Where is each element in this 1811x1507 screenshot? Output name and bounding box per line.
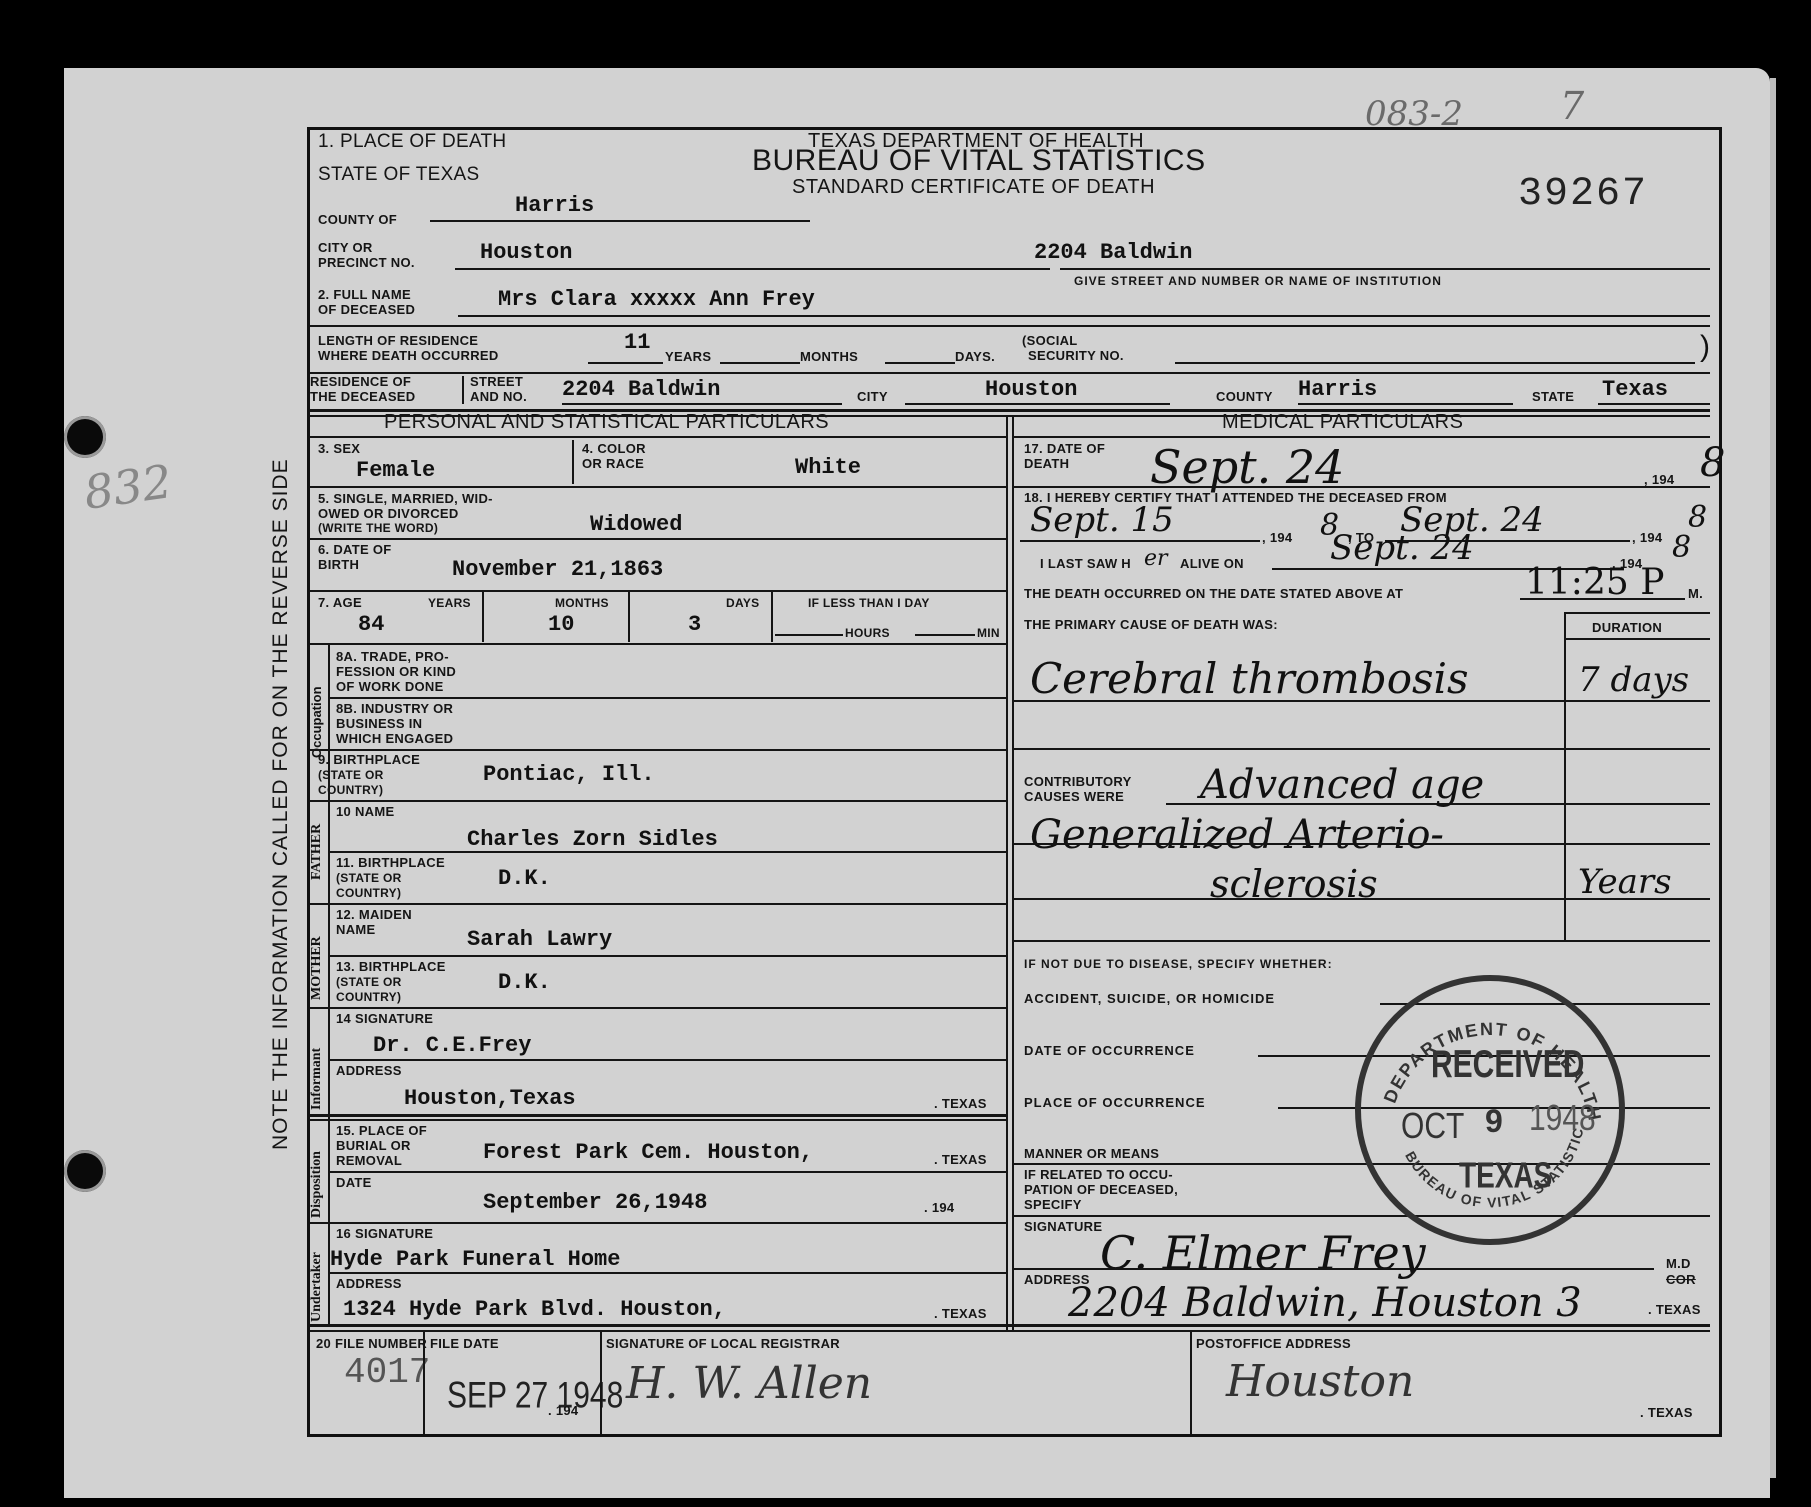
days-underline <box>885 362 955 364</box>
res-city-value: Houston <box>985 377 1077 402</box>
age-divider-1 <box>482 592 484 642</box>
street-label-1: STREET <box>470 374 523 389</box>
punch-hole-bottom <box>64 1150 106 1192</box>
row-divider-marital <box>310 538 1006 540</box>
birthplace-label-3: COUNTRY) <box>318 783 383 797</box>
city-value: Houston <box>480 240 572 265</box>
duration-head-divider <box>1564 638 1710 640</box>
min-underline <box>915 634 975 636</box>
sex-color-divider <box>572 440 574 484</box>
filing-divider <box>310 1324 1710 1327</box>
sex-value: Female <box>356 458 435 483</box>
dob-label-1: 6. DATE OF <box>318 542 392 557</box>
row-divider-trade <box>330 697 1006 699</box>
ssn-label-1: (SOCIAL <box>1022 333 1078 348</box>
medical-head-divider <box>1014 436 1710 438</box>
dod-year-prefix: , 194 <box>1644 472 1674 487</box>
received-stamp: DEPARTMENT OF HEALTH BUREAU OF VITAL STA… <box>1355 975 1625 1245</box>
res-city-label: CITY <box>857 389 888 404</box>
row-divider-birthplace <box>310 800 1006 802</box>
burial-label-3: REMOVAL <box>336 1153 402 1168</box>
postoffice-label: POSTOFFICE ADDRESS <box>1196 1336 1351 1351</box>
file-number-label: 20 FILE NUMBER <box>316 1336 427 1351</box>
attended-from-value: Sept. 15 <box>1030 500 1174 540</box>
dob-label-2: BIRTH <box>318 557 359 572</box>
undertaker-side-label: Undertaker <box>310 1252 324 1322</box>
age-hours-label: HOURS <box>845 626 890 640</box>
file-year-suffix: . 194 <box>548 1403 578 1418</box>
physician-texas: . TEXAS <box>1648 1302 1701 1317</box>
res-state-underline <box>1598 403 1710 405</box>
city-label-1: CITY OR <box>318 240 373 255</box>
father-bp-label-2: (STATE OR <box>336 871 402 885</box>
margin-note-page: 7 <box>1560 84 1584 128</box>
burial-label-2: BURIAL OR <box>336 1138 411 1153</box>
attended-from-underline <box>1020 540 1260 542</box>
months-underline <box>720 362 800 364</box>
time-label: THE DEATH OCCURRED ON THE DATE STATED AB… <box>1024 586 1403 601</box>
burial-date-label: DATE <box>336 1175 372 1190</box>
residence-length-label-1: LENGTH OF RESIDENCE <box>318 333 478 348</box>
physician-signature-label: SIGNATURE <box>1024 1219 1102 1234</box>
marital-value: Widowed <box>590 512 682 537</box>
duration-label: DURATION <box>1592 620 1662 635</box>
postoffice-texas: . TEXAS <box>1640 1405 1693 1420</box>
father-birthplace-value: D.K. <box>498 866 551 891</box>
mother-name-value: Sarah Lawry <box>467 927 612 952</box>
hours-underline <box>775 634 843 636</box>
industry-label-3: WHICH ENGAGED <box>336 731 453 746</box>
contributory-underline-2 <box>1014 843 1710 845</box>
age-label: 7. AGE <box>318 595 362 610</box>
marital-label-2: OWED OR DIVORCED <box>318 506 459 521</box>
birthplace-label-1: 9. BIRTHPLACE <box>318 752 420 767</box>
place-of-death-label: 1. PLACE OF DEATH <box>318 133 506 150</box>
file-number-value: 4017 <box>344 1352 430 1393</box>
county-value: Harris <box>515 193 594 218</box>
cause-section-bottom <box>1014 940 1710 942</box>
last-saw-label-1: I LAST SAW H <box>1040 556 1131 571</box>
res-city-underline <box>905 403 1170 405</box>
age-months-value: 10 <box>548 612 574 637</box>
age-days-value: 3 <box>688 612 701 637</box>
primary-cause-divider <box>1014 748 1710 750</box>
months-label: MONTHS <box>800 349 858 364</box>
father-name-label: 10 NAME <box>336 804 394 819</box>
accident-label: ACCIDENT, SUICIDE, OR HOMICIDE <box>1024 991 1275 1006</box>
undertaker-address-value: 1324 Hyde Park Blvd. Houston, <box>343 1297 726 1322</box>
city-underline <box>455 268 1050 270</box>
years-label: YEARS <box>665 349 711 364</box>
full-name-label-1: 2. FULL NAME <box>318 287 411 302</box>
undertaker-texas: . TEXAS <box>934 1306 987 1321</box>
md-label: M.D <box>1666 1256 1691 1271</box>
personal-head-divider <box>310 436 1006 438</box>
row-divider-mother <box>310 1007 1006 1009</box>
duration-top <box>1564 612 1710 614</box>
row-divider-sex <box>310 486 1006 488</box>
row-divider-informant <box>310 1114 1006 1117</box>
physician-signature-underline <box>1014 1268 1654 1270</box>
last-saw-label-2: ALIVE ON <box>1180 556 1244 571</box>
stamp-received: RECEIVED <box>1431 1043 1584 1087</box>
res-state-value: Texas <box>1602 377 1668 402</box>
ssn-underline <box>1175 362 1695 364</box>
primary-cause-label: THE PRIMARY CAUSE OF DEATH WAS: <box>1024 617 1278 632</box>
primary-cause-value: Cerebral thrombosis <box>1030 654 1469 703</box>
marital-label-1: 5. SINGLE, MARRIED, WID- <box>318 491 493 506</box>
physician-address-value: 2204 Baldwin, Houston 3 <box>1068 1280 1582 1326</box>
informant-texas: . TEXAS <box>934 1096 987 1111</box>
informant-value: Dr. C.E.Frey <box>373 1033 531 1058</box>
residence-brace <box>462 376 464 404</box>
undertaker-addr-label: ADDRESS <box>336 1276 402 1291</box>
residence-label-2: THE DECEASED <box>310 389 415 404</box>
center-divider <box>1006 415 1008 1332</box>
res-county-underline <box>1298 403 1513 405</box>
informant-sig-label: 14 SIGNATURE <box>336 1011 433 1026</box>
full-name-value: Mrs Clara xxxxx Ann Frey <box>498 287 815 312</box>
last-saw-value: Sept. 24 <box>1330 528 1474 568</box>
father-name-value: Charles Zorn Sidles <box>467 827 718 852</box>
registrar-label: SIGNATURE OF LOCAL REGISTRAR <box>606 1336 840 1351</box>
row-divider-industry <box>310 749 1006 751</box>
res-street-value: 2204 Baldwin <box>562 377 720 402</box>
color-label-2: OR RACE <box>582 456 644 471</box>
not-disease-label: IF NOT DUE TO DISEASE, SPECIFY WHETHER: <box>1024 957 1333 971</box>
row-divider-informant-sig <box>330 1059 1006 1061</box>
color-value: White <box>795 455 861 480</box>
row-divider-disposition <box>310 1222 1006 1224</box>
residence-length-label-2: WHERE DEATH OCCURRED <box>318 348 499 363</box>
stamp-state: TEXAS <box>1459 1155 1552 1197</box>
row-divider-informant-2 <box>310 1119 1006 1121</box>
stamp-year: 1948 <box>1529 1099 1596 1140</box>
sex-label: 3. SEX <box>318 441 360 456</box>
row-divider-father-name <box>330 851 1006 853</box>
disposition-side-label: Disposition <box>310 1151 324 1218</box>
contributory-1-value: Advanced age <box>1200 762 1484 808</box>
row-divider-age <box>310 643 1006 645</box>
father-bp-label-3: COUNTRY) <box>336 886 401 900</box>
time-suffix: M. <box>1688 586 1703 601</box>
occ-related-label-1: IF RELATED TO OCCU- <box>1024 1167 1173 1182</box>
age-years-label: YEARS <box>428 596 471 610</box>
contributory-2-value: Generalized Arterio- <box>1030 812 1444 858</box>
state-label: STATE OF TEXAS <box>318 166 480 183</box>
contributory-underline-3 <box>1014 898 1710 900</box>
row-divider-dod <box>1014 486 1710 488</box>
color-label-1: 4. COLOR <box>582 441 646 456</box>
age-days-label: DAYS <box>726 596 759 610</box>
residence-years-underline <box>588 362 663 364</box>
street-underline <box>1060 268 1710 270</box>
burial-label-1: 15. PLACE OF <box>336 1123 427 1138</box>
res-state-label: STATE <box>1532 389 1574 404</box>
trade-label-2: FESSION OR KIND <box>336 664 456 679</box>
last-saw-year: 8 <box>1672 530 1691 565</box>
contributory-duration-value: Years <box>1578 862 1672 902</box>
industry-label-1: 8B. INDUSTRY OR <box>336 701 453 716</box>
filing-divider-2 <box>310 1330 1710 1332</box>
postoffice-value: Houston <box>1226 1356 1414 1407</box>
father-bp-label-1: 11. BIRTHPLACE <box>336 855 445 870</box>
file-date-label: FILE DATE <box>430 1336 499 1351</box>
mother-bp-label-2: (STATE OR <box>336 975 402 989</box>
mother-bp-label-1: 13. BIRTHPLACE <box>336 959 446 974</box>
last-saw-pronoun: er <box>1144 546 1168 571</box>
dob-value: November 21,1863 <box>452 557 663 582</box>
attended-from-year-prefix: , 194 <box>1262 530 1292 545</box>
bureau-title: BUREAU OF VITAL STATISTICS <box>752 152 1206 169</box>
row-divider-mother-name <box>330 955 1006 957</box>
ssn-label-2: SECURITY NO. <box>1028 348 1124 363</box>
mother-birthplace-value: D.K. <box>498 970 551 995</box>
age-divider-3 <box>771 592 773 642</box>
city-label-2: PRECINCT NO. <box>318 255 415 270</box>
row-divider-undertaker-sig <box>330 1272 1006 1274</box>
age-years-value: 84 <box>358 612 384 637</box>
trade-label-1: 8A. TRADE, PRO- <box>336 649 449 664</box>
time-value: 11:25 P <box>1525 562 1664 603</box>
occ-related-label-2: PATION OF DECEASED, <box>1024 1182 1178 1197</box>
street-value: 2204 Baldwin <box>1034 240 1192 265</box>
mother-bp-label-3: COUNTRY) <box>336 990 401 1004</box>
industry-label-2: BUSINESS IN <box>336 716 422 731</box>
medical-section-title: MEDICAL PARTICULARS <box>1222 414 1463 431</box>
full-name-underline <box>458 315 1710 317</box>
res-street-underline <box>562 403 842 405</box>
stamp-month: OCT <box>1401 1107 1464 1148</box>
stamp-day: 9 <box>1485 1103 1503 1140</box>
form-title: STANDARD CERTIFICATE OF DEATH <box>792 179 1155 196</box>
occ-related-label-3: SPECIFY <box>1024 1197 1082 1212</box>
trade-label-3: OF WORK DONE <box>336 679 444 694</box>
father-side-label: FATHER <box>310 824 324 880</box>
res-county-value: Harris <box>1298 377 1377 402</box>
dod-label-2: DEATH <box>1024 456 1069 471</box>
row-divider-name <box>310 325 1710 327</box>
birthplace-value: Pontiac, Ill. <box>483 762 655 787</box>
punch-hole-top <box>64 416 106 458</box>
burial-place-value: Forest Park Cem. Houston, <box>483 1140 813 1165</box>
registrar-signature-value: H. W. Allen <box>626 1358 872 1409</box>
primary-cause-underline <box>1014 700 1710 702</box>
occupation-side-label: Occupation <box>310 686 324 758</box>
burial-texas: . TEXAS <box>934 1152 987 1167</box>
mother-side-label: MOTHER <box>310 936 324 1000</box>
dod-label-1: 17. DATE OF <box>1024 441 1105 456</box>
date-occurrence-label: DATE OF OCCURRENCE <box>1024 1043 1195 1058</box>
contributory-label-1: CONTRIBUTORY <box>1024 774 1132 789</box>
residence-years-value: 11 <box>624 330 650 355</box>
place-occurrence-label: PLACE OF OCCURRENCE <box>1024 1095 1206 1110</box>
undertaker-value: Hyde Park Funeral Home <box>330 1247 620 1272</box>
ssn-close-paren: ) <box>1700 330 1710 364</box>
personal-section-title: PERSONAL AND STATISTICAL PARTICULARS <box>384 414 829 431</box>
certificate-number: 39267 <box>1518 172 1648 217</box>
street-label-2: AND NO. <box>470 389 527 404</box>
residence-label-1: RESIDENCE OF <box>310 374 411 389</box>
undertaker-sig-label: 16 SIGNATURE <box>336 1226 433 1241</box>
burial-date-value: September 26,1948 <box>483 1190 707 1215</box>
cor-label: COR <box>1666 1272 1696 1287</box>
mother-name-label-1: 12. MAIDEN <box>336 907 412 922</box>
age-min-label: MIN <box>977 626 1000 640</box>
row-divider-burial <box>330 1171 1006 1173</box>
informant-addr-label: ADDRESS <box>336 1063 402 1078</box>
dod-year-digit: 8 <box>1700 440 1725 486</box>
manner-label: MANNER OR MEANS <box>1024 1146 1159 1161</box>
marital-label-3: (WRITE THE WORD) <box>318 521 438 535</box>
informant-address-value: Houston,Texas <box>404 1086 576 1111</box>
filing-divider-2v <box>600 1332 602 1434</box>
duration-divider <box>1564 612 1566 940</box>
street-caption: GIVE STREET AND NUMBER OR NAME OF INSTIT… <box>1074 274 1442 288</box>
county-label: COUNTY OF <box>318 212 397 227</box>
informant-side-label: Informant <box>310 1048 324 1110</box>
full-name-label-2: OF DECEASED <box>318 302 415 317</box>
file-date-value: SEP 27 1948 <box>447 1375 623 1418</box>
burial-year-suffix: . 194 <box>924 1200 954 1215</box>
filing-divider-3 <box>1190 1332 1192 1434</box>
primary-duration-value: 7 days <box>1578 660 1689 700</box>
side-note: NOTE THE INFORMATION CALLED FOR ON THE R… <box>272 458 289 1150</box>
age-divider-2 <box>628 592 630 642</box>
filing-divider-1 <box>423 1332 425 1434</box>
county-underline <box>430 220 810 222</box>
contributory-label-2: CAUSES WERE <box>1024 789 1124 804</box>
row-divider-dob <box>310 590 1006 592</box>
res-county-label: COUNTY <box>1216 389 1273 404</box>
mother-name-label-2: NAME <box>336 922 375 937</box>
birthplace-label-2: (STATE OR <box>318 768 384 782</box>
days-label: DAYS. <box>955 349 995 364</box>
center-divider-2 <box>1012 415 1014 1332</box>
age-less-label: IF LESS THAN I DAY <box>808 596 930 610</box>
attended-to-year-prefix: , 194 <box>1632 530 1662 545</box>
row-divider-father <box>310 903 1006 905</box>
age-months-label: MONTHS <box>555 596 609 610</box>
